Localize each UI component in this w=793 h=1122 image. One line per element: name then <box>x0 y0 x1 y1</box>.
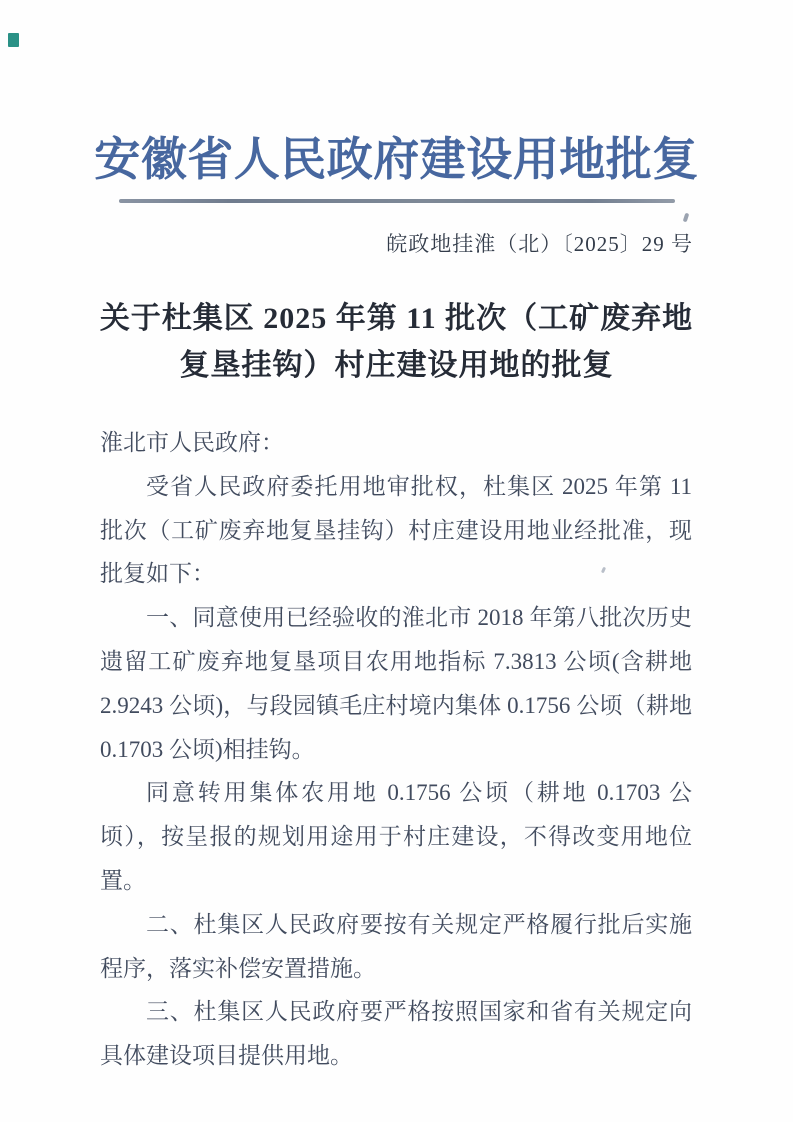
scan-artifact-teal-mark <box>8 33 19 47</box>
subject-title-line-1: 关于杜集区 2025 年第 11 批次（工矿废弃地 <box>0 295 793 342</box>
document-page: 安徽省人民政府建设用地批复 皖政地挂淮（北）〔2025〕29 号 关于杜集区 2… <box>0 0 793 1122</box>
subject-title-line-2: 复垦挂钩）村庄建设用地的批复 <box>0 342 793 389</box>
paragraph-item-three: 三、杜集区人民政府要严格按照国家和省有关规定向具体建设项目提供用地。 <box>100 990 692 1078</box>
document-header-title: 安徽省人民政府建设用地批复 <box>0 128 793 192</box>
paragraph-item-one-continued: 同意转用集体农用地 0.1756 公顷（耕地 0.1703 公顷），按呈报的规划… <box>100 771 692 902</box>
paragraph-item-one: 一、同意使用已经验收的淮北市 2018 年第八批次历史遗留工矿废弃地复垦项目农用… <box>100 596 692 771</box>
paragraph-intro: 受省人民政府委托用地审批权，杜集区 2025 年第 11 批次（工矿废弃地复垦挂… <box>100 465 692 596</box>
paragraph-item-two: 二、杜集区人民政府要按有关规定严格履行批后实施程序，落实补偿安置措施。 <box>100 903 692 991</box>
recipient-line: 淮北市人民政府： <box>100 421 692 465</box>
title-divider-line <box>119 199 675 203</box>
document-body: 淮北市人民政府： 受省人民政府委托用地审批权，杜集区 2025 年第 11 批次… <box>0 421 793 1078</box>
subject-title: 关于杜集区 2025 年第 11 批次（工矿废弃地 复垦挂钩）村庄建设用地的批复 <box>0 295 793 389</box>
scan-artifact-speck <box>683 213 690 223</box>
document-number: 皖政地挂淮（北）〔2025〕29 号 <box>0 229 793 259</box>
